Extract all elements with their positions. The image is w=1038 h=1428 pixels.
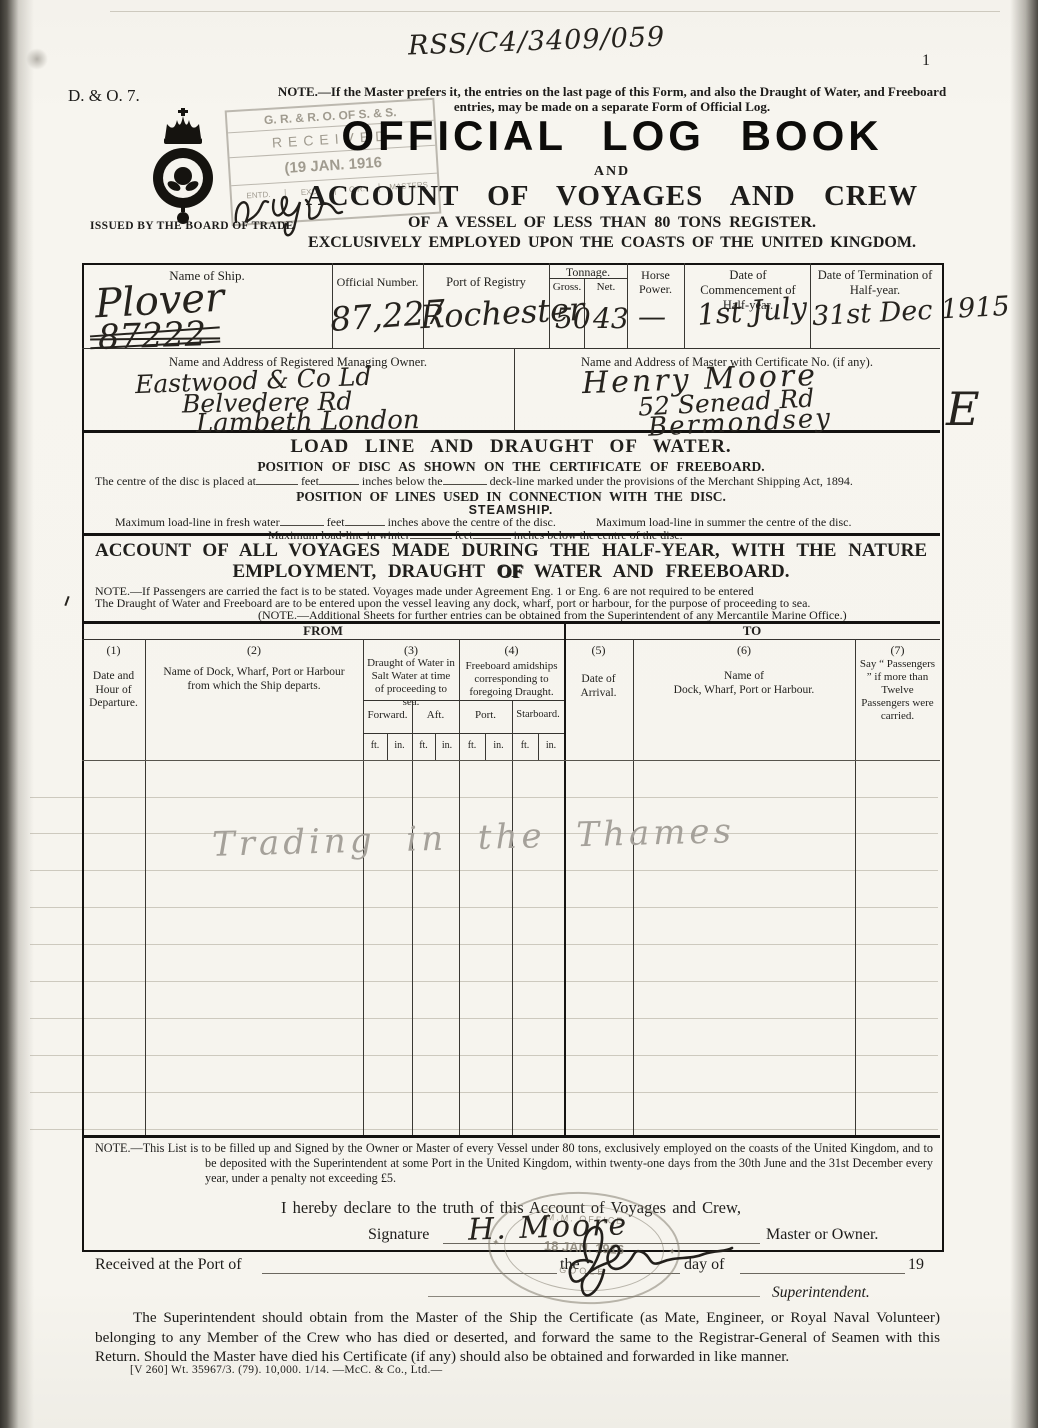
value-horse-power: — (638, 300, 666, 333)
scanned-form-page: RSS/C4/3409/059 1 D. & O. 7. G. R. & R. … (0, 0, 1038, 1428)
value-owner-line3: Lambeth London (196, 405, 420, 439)
received-year: 19 (908, 1256, 924, 1274)
scan-line (110, 11, 1000, 12)
winter-pre: Maximum load-line in winter (268, 528, 410, 542)
fresh-post: inches above the centre of the disc. (388, 515, 556, 529)
page-subtitle: ACCOUNT OF VOYAGES AND CREW (262, 180, 962, 213)
received-pre: Received at the Port of (95, 1256, 242, 1274)
employment-line: EXCLUSIVELY EMPLOYED UPON THE COASTS OF … (262, 234, 962, 252)
title-conjunction: AND (262, 164, 962, 180)
crossed-out-text: 87222 (97, 314, 207, 358)
centre-post: deck-line marked under the provisions of… (490, 474, 853, 488)
superintendent-label: Superintendent. (772, 1284, 870, 1302)
value-name-crossed-out: 87222 (97, 314, 207, 358)
form-code: D. & O. 7. (68, 86, 140, 106)
loadline-winter-line: Maximum load-line in winter feet inches … (268, 528, 683, 543)
value-tonnage-net: 43 (593, 302, 629, 335)
fresh-pre: Maximum load-line in fresh water (115, 515, 280, 529)
superintendent-note: The Superintendent should obtain from th… (95, 1308, 940, 1367)
centre-inches: inches below the (362, 474, 443, 488)
winter-feet: feet (455, 528, 473, 542)
scan-edge-left (0, 0, 34, 1428)
value-tonnage-gross: 50 (555, 302, 591, 335)
winter-post: inches below the centre of the disc. (514, 528, 683, 542)
centre-pre: The centre of the disc is placed at (95, 474, 256, 488)
handwritten-scrawl (230, 178, 350, 240)
centre-feet: feet (301, 474, 319, 488)
margin-initial: E (946, 382, 980, 436)
pen-mark (64, 596, 69, 606)
loadline-centre-line: The centre of the disc is placed at feet… (95, 474, 853, 489)
summer-line: Maximum load-line in summer the centre o… (596, 515, 852, 529)
fresh-feet: feet (327, 515, 345, 529)
board-of-trade-crest-icon (148, 106, 218, 228)
page-number: 1 (922, 52, 930, 70)
header-note: NOTE.—If the Master prefers it, the entr… (262, 84, 962, 114)
scan-hole-mark (26, 48, 48, 70)
printer-imprint: [V 260] Wt. 35967/3. (79). 10,000. 1/14.… (130, 1364, 442, 1376)
page-title: OFFICIAL LOG BOOK (262, 112, 962, 160)
handwritten-scrawl (540, 1200, 740, 1310)
scan-edge-right (1010, 0, 1038, 1428)
archival-reference: RSS/C4/3409/059 (408, 22, 666, 62)
vessel-line: OF A VESSEL OF LESS THAN 80 TONS REGISTE… (262, 214, 962, 232)
